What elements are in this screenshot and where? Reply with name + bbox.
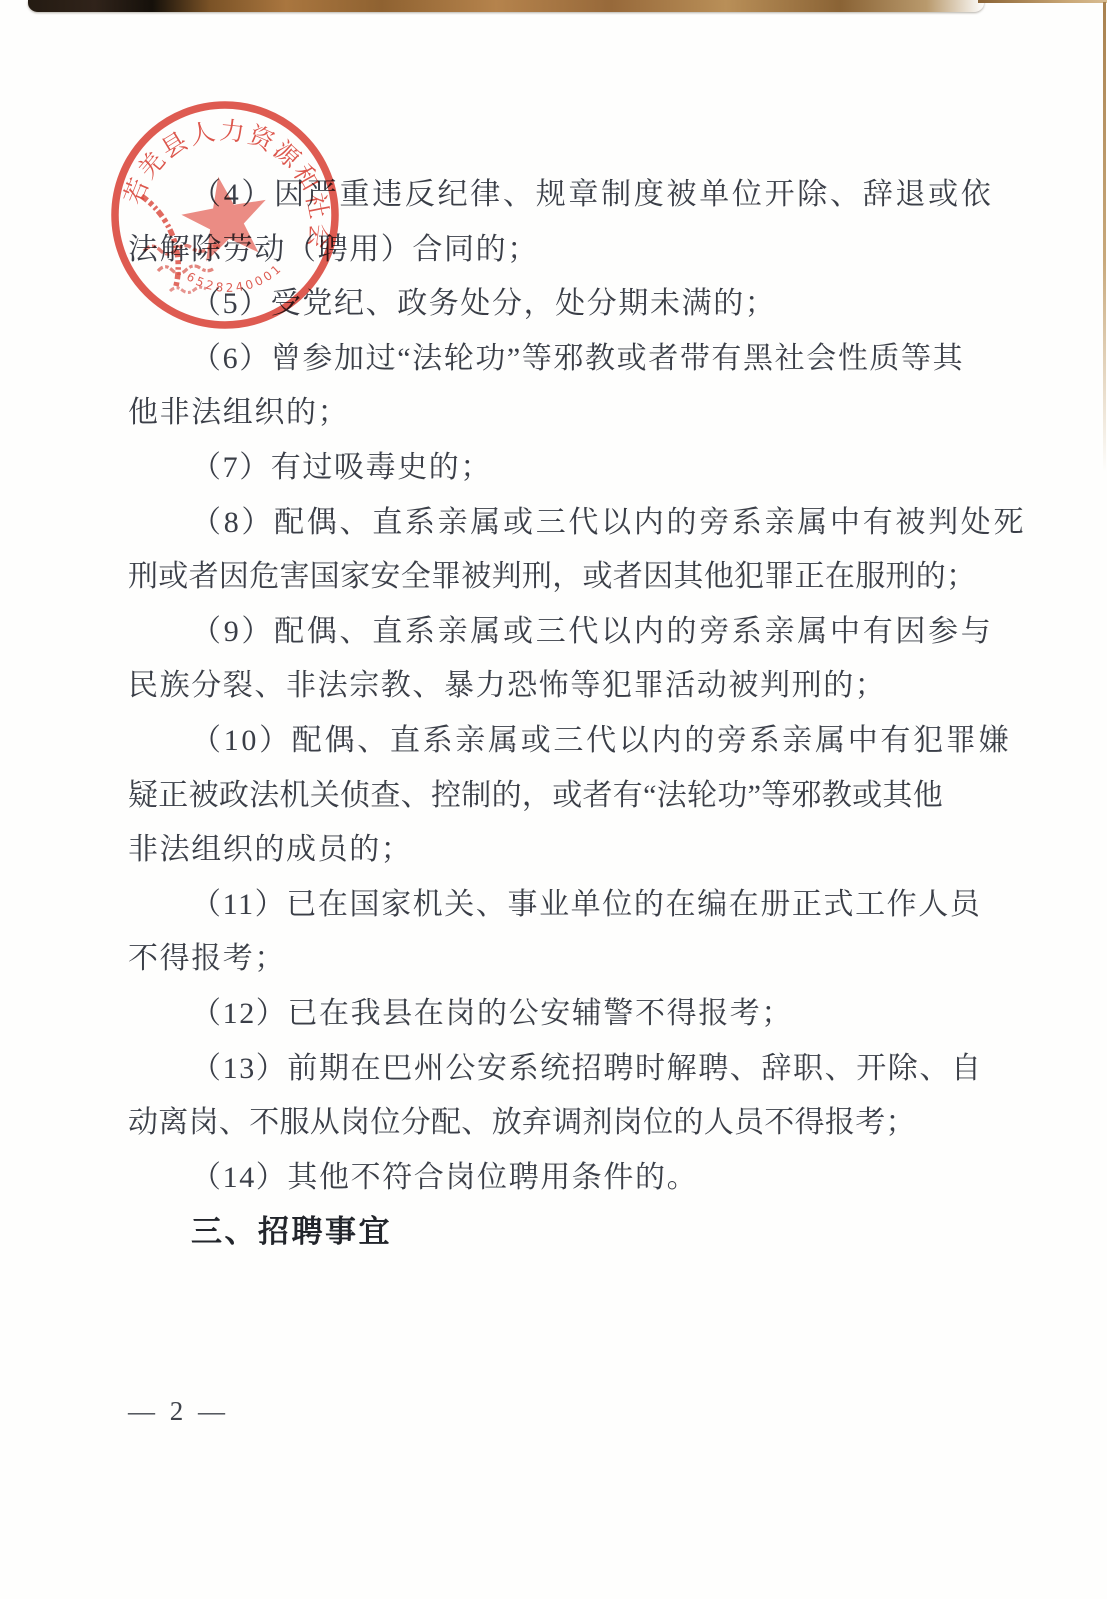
document-line: 不得报考； <box>128 932 988 987</box>
scan-top-edge-line <box>978 0 1107 3</box>
document-line: 非法组织的成员的； <box>128 823 988 878</box>
document-line: 法解除劳动（聘用）合同的； <box>128 223 988 278</box>
document-line: （5）受党纪、政务处分，处分期未满的； <box>128 277 988 332</box>
document-line: （13）前期在巴州公安系统招聘时解聘、辞职、开除、自 <box>128 1042 988 1097</box>
section-heading: 三、招聘事宜 <box>128 1205 988 1260</box>
document-line: 刑或者因危害国家安全罪被判刑，或者因其他犯罪正在服刑的； <box>128 550 988 605</box>
document-line: 他非法组织的； <box>128 386 988 441</box>
document-line: （10）配偶、直系亲属或三代以内的旁系亲属中有犯罪嫌 <box>128 714 988 769</box>
document-line: 疑正被政法机关侦查、控制的，或者有“法轮功”等邪教或其他 <box>128 769 988 824</box>
document-line: （8）配偶、直系亲属或三代以内的旁系亲属中有被判处死 <box>128 496 988 551</box>
scan-right-edge-line <box>1103 2 1106 472</box>
document-line: 民族分裂、非法宗教、暴力恐怖等犯罪活动被判刑的； <box>128 659 988 714</box>
document-line: （4）因严重违反纪律、规章制度被单位开除、辞退或依 <box>128 168 988 223</box>
document-body: （4）因严重违反纪律、规章制度被单位开除、辞退或依 法解除劳动（聘用）合同的； … <box>128 168 988 1260</box>
document-line: （14）其他不符合岗位聘用条件的。 <box>128 1151 988 1206</box>
scanned-page: （4）因严重违反纪律、规章制度被单位开除、辞退或依 法解除劳动（聘用）合同的； … <box>0 0 1107 1599</box>
document-line: （9）配偶、直系亲属或三代以内的旁系亲属中有因参与 <box>128 605 988 660</box>
page-number: — 2 — <box>128 1396 229 1427</box>
document-line: （11）已在国家机关、事业单位的在编在册正式工作人员 <box>128 878 988 933</box>
document-line: （7）有过吸毒史的； <box>128 441 988 496</box>
scan-top-edge-artifact <box>28 0 984 12</box>
document-line: （6）曾参加过“法轮功”等邪教或者带有黑社会性质等其 <box>128 332 988 387</box>
document-line: （12）已在我县在岗的公安辅警不得报考； <box>128 987 988 1042</box>
document-line: 动离岗、不服从岗位分配、放弃调剂岗位的人员不得报考； <box>128 1096 988 1151</box>
